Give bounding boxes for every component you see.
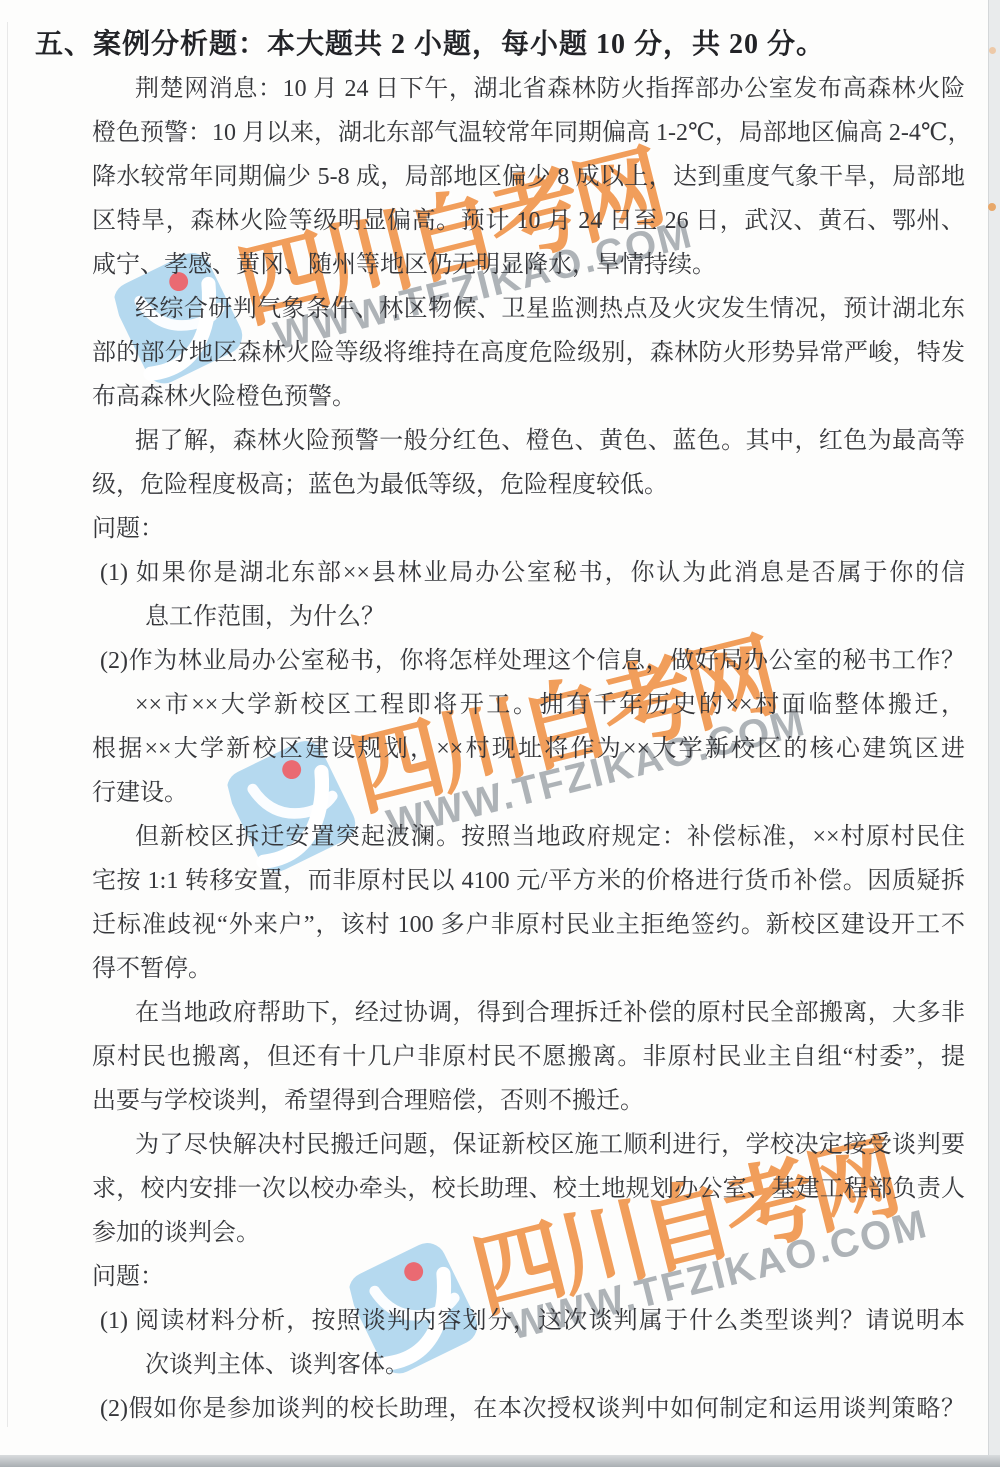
text-line: 求，校内安排一次以校办牵头，校长助理、校土地规划办公室、基建工程部负责人 [92,1167,965,1211]
text-line: 37.××市××大学新校区工程即将开工。拥有千年历史的××村面临整体搬迁， [135,683,965,727]
text-line: 经综合研判气象条件、林区物候、卫星监测热点及火灾发生情况，预计湖北东 [135,287,965,331]
text-line: 迁标准歧视“外来户”，该村 100 多户非原村民业主拒绝签约。新校区建设开工不 [92,903,965,947]
text-line: 降水较常年同期偏少 5-8 成，局部地区偏少 8 成以上，达到重度气象干旱，局部… [92,155,965,199]
text-line: 得不暂停。 [92,947,965,991]
exam-content: 五、案例分析题：本大题共 2 小题，每小题 10 分，共 20 分。 36.荆楚… [0,0,1000,1431]
text-line: 但新校区拆迁安置突起波澜。按照当地政府规定：补偿标准，××村原村民住 [135,815,965,859]
text-line: (2)作为林业局办公室秘书，你将怎样处理这个信息，做好局办公室的秘书工作？ [100,639,965,683]
scan-edge-bottom [0,1455,1000,1467]
text-line: 次谈判主体、谈判客体。 [145,1343,965,1387]
text-line: 参加的谈判会。 [92,1211,965,1255]
text-line: 橙色预警：10 月以来，湖北东部气温较常年同期偏高 1-2℃，局部地区偏高 2-… [92,111,965,155]
text-line: 为了尽快解决村民搬迁问题，保证新校区施工顺利进行，学校决定接受谈判要 [135,1123,965,1167]
text-line: 布高森林火险橙色预警。 [92,375,965,419]
scan-speck [988,203,996,211]
text-line: 息工作范围，为什么？ [145,595,965,639]
text-line: 咸宁、孝感、黄冈、随州等地区仍无明显降水，旱情持续。 [92,243,965,287]
text-line: (2)假如你是参加谈判的校长助理，在本次授权谈判中如何制定和运用谈判策略？ [100,1387,965,1431]
text-line: 出要与学校谈判，希望得到合理赔偿，否则不搬迁。 [92,1079,965,1123]
line-text: 荆楚网消息：10 月 24 日下午，湖北省森林防火指挥部办公室发布高森林火险 [135,76,965,102]
text-line: 级，危险程度极高；蓝色为最低等级，危险程度较低。 [92,463,965,507]
text-line: (1) 阅读材料分析，按照谈判内容划分，这次谈判属于什么类型谈判？请说明本 [100,1299,965,1343]
text-line: 部的部分地区森林火险等级将维持在高度危险级别，森林防火形势异常严峻，特发 [92,331,965,375]
text-line: 问题： [92,507,965,551]
line-text: ××市××大学新校区工程即将开工。拥有千年历史的××村面临整体搬迁， [135,692,965,718]
text-line: 原村民也搬离，但还有十几户非原村民不愿搬离。非原村民业主自组“村委”，提 [92,1035,965,1079]
section-heading: 五、案例分析题：本大题共 2 小题，每小题 10 分，共 20 分。 [35,23,965,67]
text-line: 在当地政府帮助下，经过协调，得到合理拆迁补偿的原村民全部搬离，大多非 [135,991,965,1035]
text-line: 根据××大学新校区建设规划，××村现址将作为××大学新校区的核心建筑区进 [92,727,965,771]
text-line: 区特旱，森林火险等级明显偏高。预计 10 月 24 日至 26 日，武汉、黄石、… [92,199,965,243]
exam-page: 四川自考网 WWW.TFZIKAO.COM 四川自考网 WWW.TFZIKAO.… [0,0,1000,1467]
scan-speck [989,47,996,54]
text-line: 行建设。 [92,771,965,815]
scan-edge-left [7,22,8,1427]
text-line: 36.荆楚网消息：10 月 24 日下午，湖北省森林防火指挥部办公室发布高森林火… [135,67,965,111]
text-line: 宅按 1:1 转移安置，而非原村民以 4100 元/平方米的价格进行货币补偿。因… [92,859,965,903]
text-line: (1) 如果你是湖北东部××县林业局办公室秘书，你认为此消息是否属于你的信 [100,551,965,595]
scan-edge-right [988,0,1000,1455]
text-line: 据了解，森林火险预警一般分红色、橙色、黄色、蓝色。其中，红色为最高等 [135,419,965,463]
text-line: 问题： [92,1255,965,1299]
